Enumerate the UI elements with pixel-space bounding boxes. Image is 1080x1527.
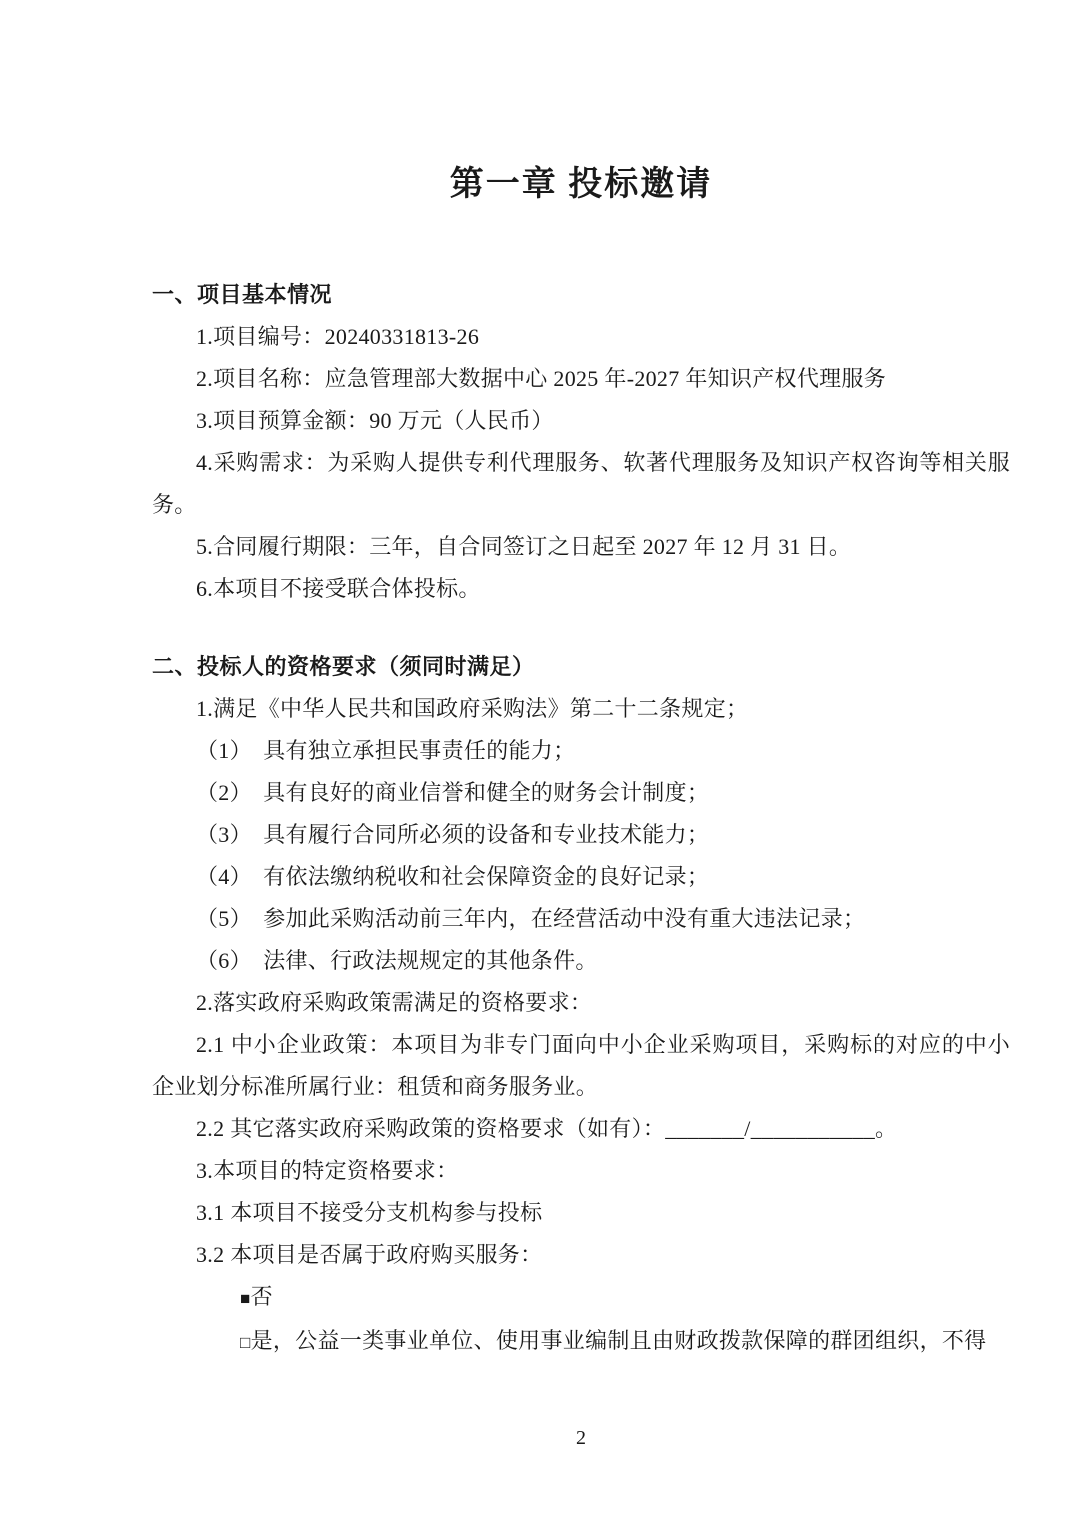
page-footer: 2 (152, 1424, 1010, 1452)
para-qualification-5: （5） 参加此采购活动前三年内，在经营活动中没有重大违法记录； (152, 898, 1010, 940)
para-sme-policy: 2.1 中小企业政策：本项目为非专门面向中小企业采购项目，采购标的对应的中小企业… (152, 1024, 1010, 1108)
option-no-label: 否 (251, 1284, 273, 1309)
para-procurement-requirement: 4.采购需求：为采购人提供专利代理服务、软著代理服务及知识产权咨询等相关服务。 (152, 442, 1010, 526)
section-bidder-qualifications: 二、投标人的资格要求（须同时满足） 1.满足《中华人民共和国政府采购法》第二十二… (152, 646, 1010, 1364)
para-no-consortium: 6.本项目不接受联合体投标。 (152, 568, 1010, 610)
section-basic-info: 一、项目基本情况 1.项目编号：20240331813-26 2.项目名称：应急… (152, 274, 1010, 610)
para-specific-qualifications: 3.本项目的特定资格要求： (152, 1150, 1010, 1192)
option-yes: □是，公益一类事业单位、使用事业编制且由财政拨款保障的群团组织，不得 (152, 1320, 1010, 1364)
para-government-purchase-question: 3.2 本项目是否属于政府购买服务： (152, 1234, 1010, 1276)
para-other-policy-blank: 2.2 其它落实政府采购政策的资格要求（如有）：_______/________… (152, 1108, 1010, 1150)
option-yes-label: 是，公益一类事业单位、使用事业编制且由财政拨款保障的群团组织，不得 (251, 1328, 987, 1353)
checkbox-unchecked-icon: □ (240, 1333, 251, 1352)
para-contract-period: 5.合同履行期限：三年，自合同签订之日起至 2027 年 12 月 31 日。 (152, 526, 1010, 568)
para-qualification-4: （4） 有依法缴纳税收和社会保障资金的良好记录； (152, 856, 1010, 898)
chapter-title: 第一章 投标邀请 (152, 160, 1010, 210)
para-project-number: 1.项目编号：20240331813-26 (152, 316, 1010, 358)
checkbox-checked-icon: ■ (240, 1289, 251, 1308)
para-no-branch: 3.1 本项目不接受分支机构参与投标 (152, 1192, 1010, 1234)
para-law-article22: 1.满足《中华人民共和国政府采购法》第二十二条规定； (152, 688, 1010, 730)
para-qualification-2: （2） 具有良好的商业信誉和健全的财务会计制度； (152, 772, 1010, 814)
para-qualification-6: （6） 法律、行政法规规定的其他条件。 (152, 940, 1010, 982)
para-project-budget: 3.项目预算金额：90 万元（人民币） (152, 400, 1010, 442)
para-qualification-1: （1） 具有独立承担民事责任的能力； (152, 730, 1010, 772)
option-no: ■否 (152, 1276, 1010, 1320)
page-number: 2 (576, 1427, 586, 1449)
para-policy-requirements: 2.落实政府采购政策需满足的资格要求： (152, 982, 1010, 1024)
section-basic-info-heading: 一、项目基本情况 (152, 274, 1010, 316)
section-qualifications-heading: 二、投标人的资格要求（须同时满足） (152, 646, 1010, 688)
para-qualification-3: （3） 具有履行合同所必须的设备和专业技术能力； (152, 814, 1010, 856)
document-page: 第一章 投标邀请 一、项目基本情况 1.项目编号：20240331813-26 … (0, 0, 1080, 1527)
para-project-name: 2.项目名称：应急管理部大数据中心 2025 年-2027 年知识产权代理服务 (152, 358, 1010, 400)
